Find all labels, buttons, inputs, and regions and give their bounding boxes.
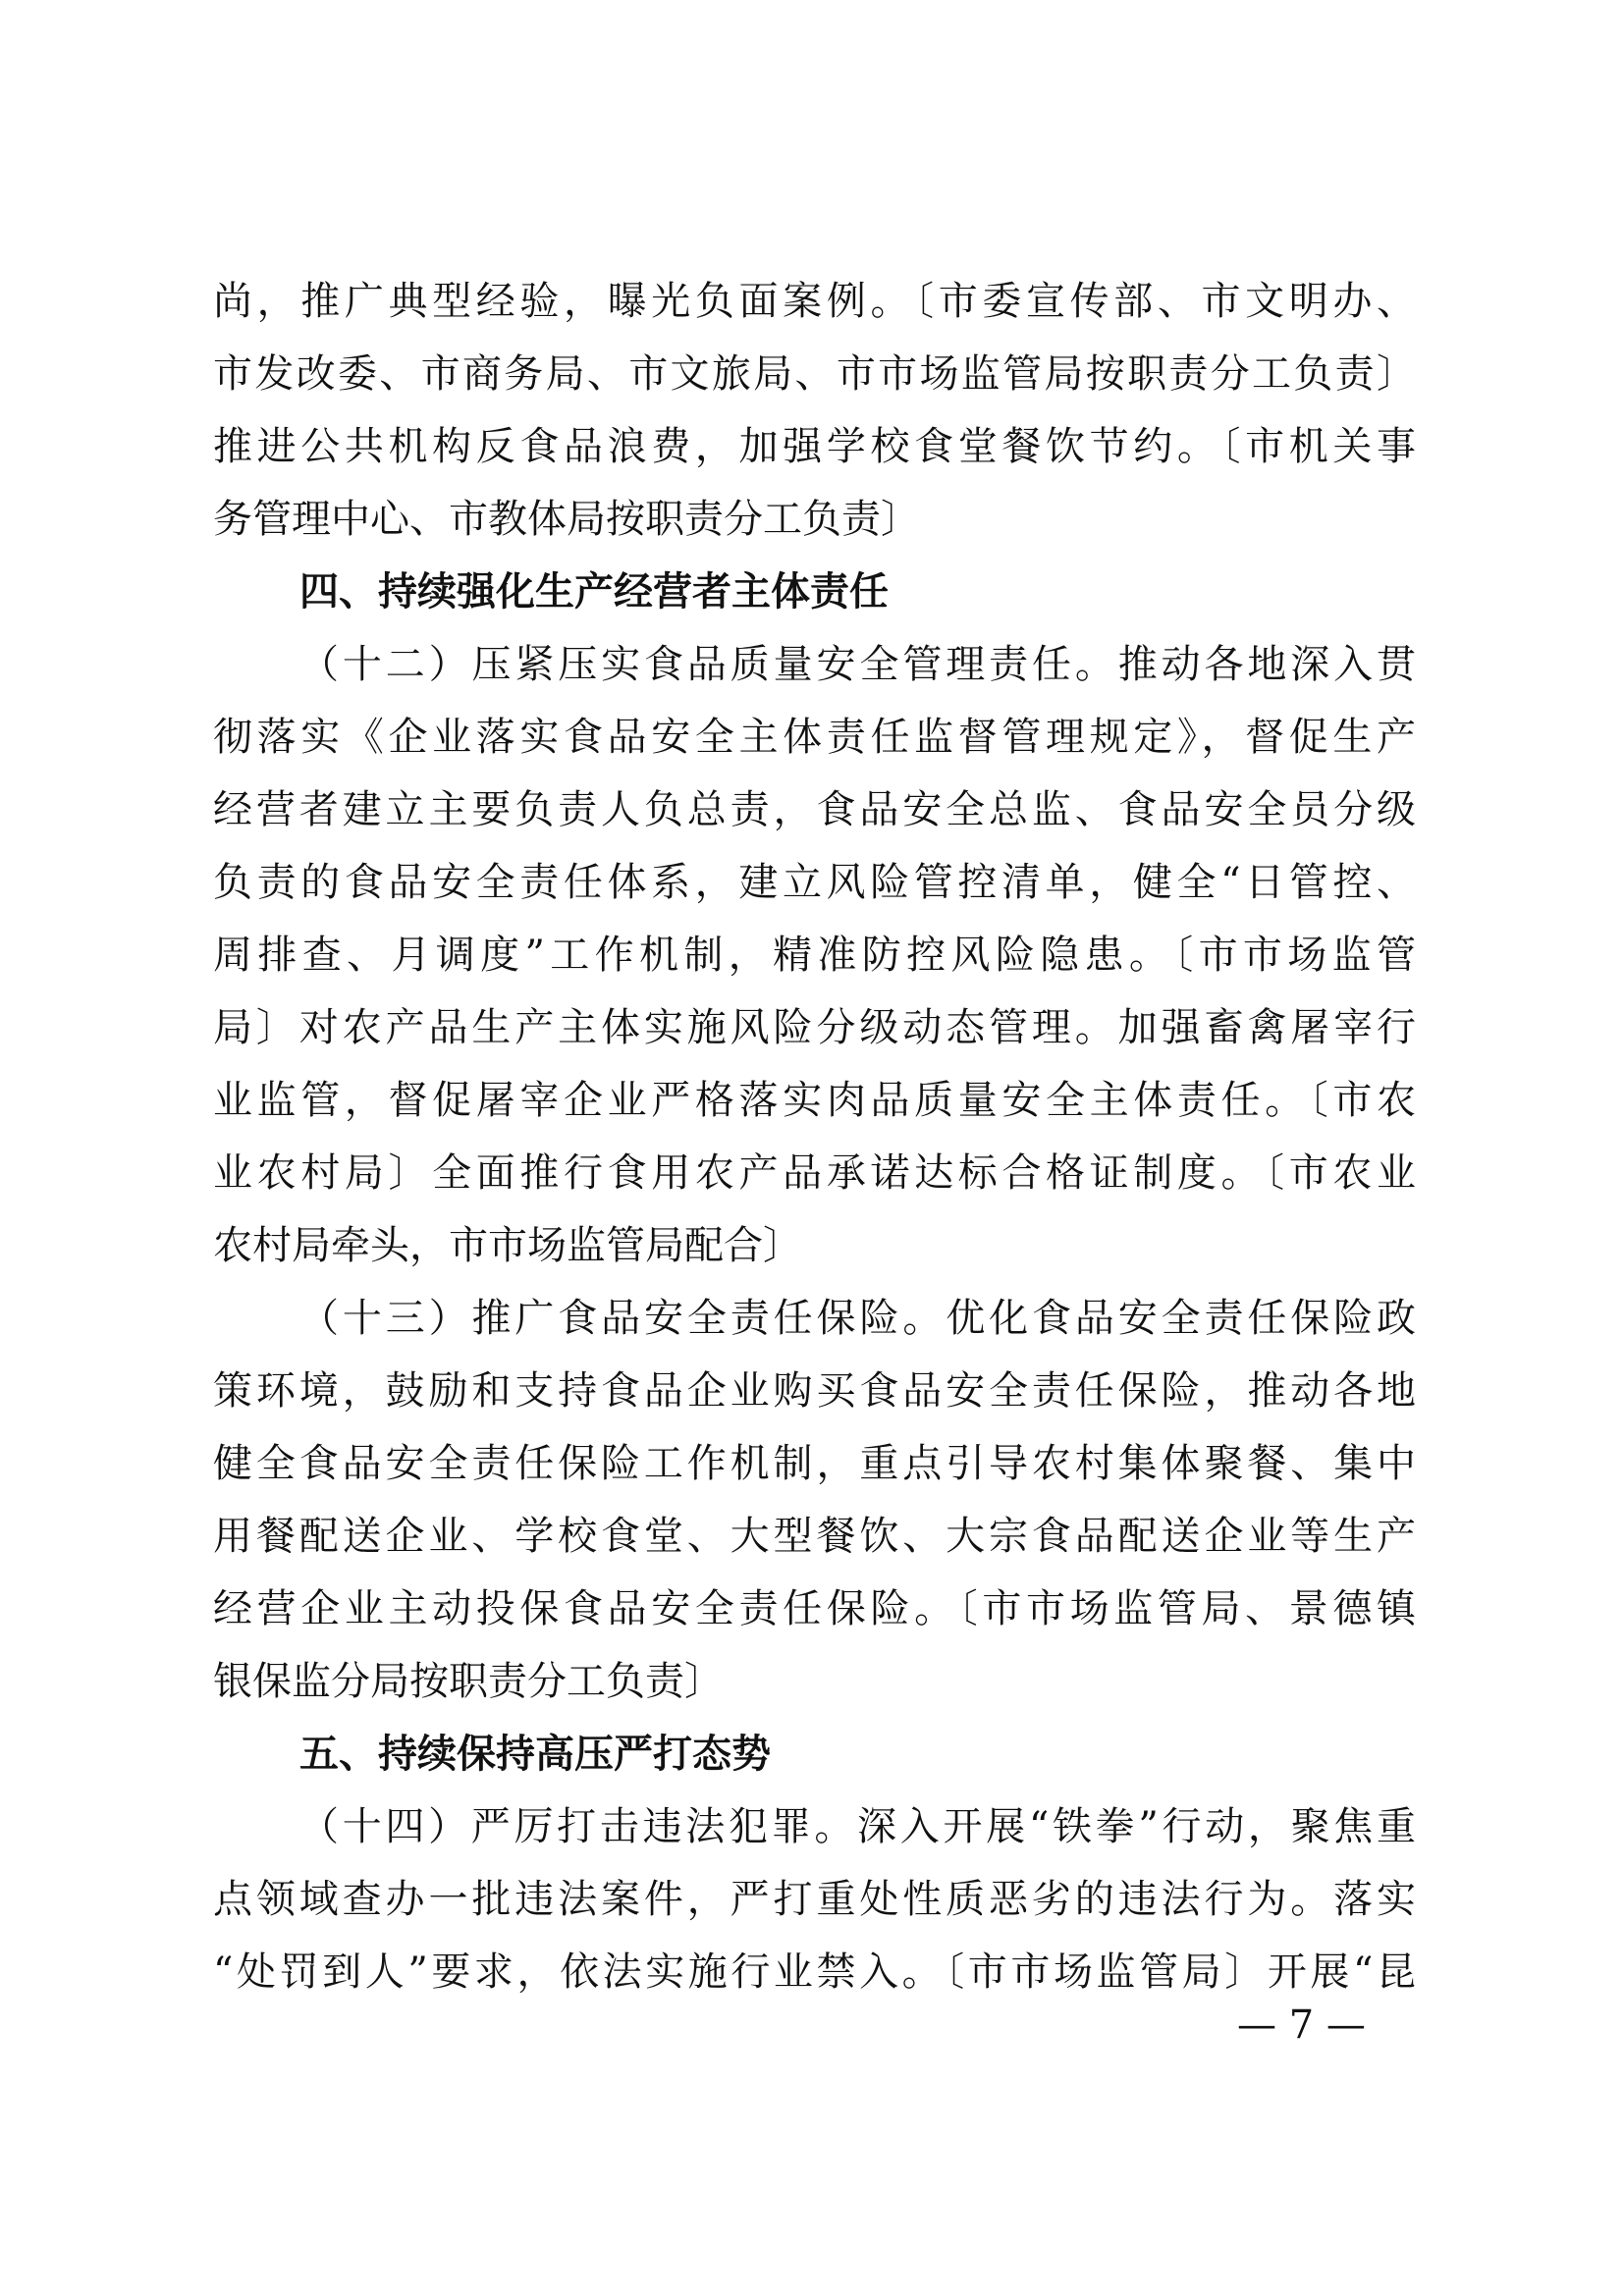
text-line: 推进公共机构反食品浪费，加强学校食堂餐饮节约。〔市机关事 [213,410,1416,483]
text-line: 局〕对农产品生产主体实施风险分级动态管理。加强畜禽屠宰行 [213,991,1416,1064]
text-line: 务管理中心、市教体局按职责分工负责〕 [213,483,1416,556]
text-line: 健全食品安全责任保险工作机制，重点引导农村集体聚餐、集中 [213,1427,1416,1500]
paragraph-start: （十二）压紧压实食品质量安全管理责任。推动各地深入贯 [299,628,1416,701]
text-line: 经营企业主动投保食品安全责任保险。〔市市场监管局、景德镇 [213,1573,1416,1645]
text-line: 策环境，鼓励和支持食品企业购买食品安全责任保险，推动各地 [213,1355,1416,1427]
text-line: 经营者建立主要负责人负总责，食品安全总监、食品安全员分级 [213,774,1416,846]
section-heading: 五、持续保持高压严打态势 [299,1718,771,1790]
text-line: 尚，推广典型经验，曝光负面案例。〔市委宣传部、市文明办、 [213,265,1416,338]
text-line: 银保监分局按职责分工负责〕 [213,1645,1416,1718]
text-line: 业农村局〕全面推行食用农产品承诺达标合格证制度。〔市农业 [213,1137,1416,1209]
text-line: 用餐配送企业、学校食堂、大型餐饮、大宗食品配送企业等生产 [213,1500,1416,1573]
text-line: 负责的食品安全责任体系，建立风险管控清单，健全“日管控、 [213,846,1416,919]
page-number: — 7 — [1237,2002,1366,2048]
paragraph-start: （十三）推广食品安全责任保险。优化食品安全责任保险政 [299,1282,1416,1355]
paragraph-start: （十四）严厉打击违法犯罪。深入开展“铁拳”行动，聚焦重 [299,1790,1416,1863]
text-line: 彻落实《企业落实食品安全主体责任监督管理规定》，督促生产 [213,701,1416,774]
text-line: “处罚到人”要求，依法实施行业禁入。〔市市场监管局〕开展“昆 [213,1936,1416,2008]
text-line: 点领域查办一批违法案件，严打重处性质恶劣的违法行为。落实 [213,1863,1416,1936]
text-line: 周排查、月调度”工作机制，精准防控风险隐患。〔市市场监管 [213,919,1416,991]
text-line: 市发改委、市商务局、市文旅局、市市场监管局按职责分工负责〕 [213,338,1416,410]
section-heading: 四、持续强化生产经营者主体责任 [299,556,889,628]
text-line: 农村局牵头，市市场监管局配合〕 [213,1209,1416,1282]
text-line: 业监管，督促屠宰企业严格落实肉品质量安全主体责任。〔市农 [213,1064,1416,1137]
